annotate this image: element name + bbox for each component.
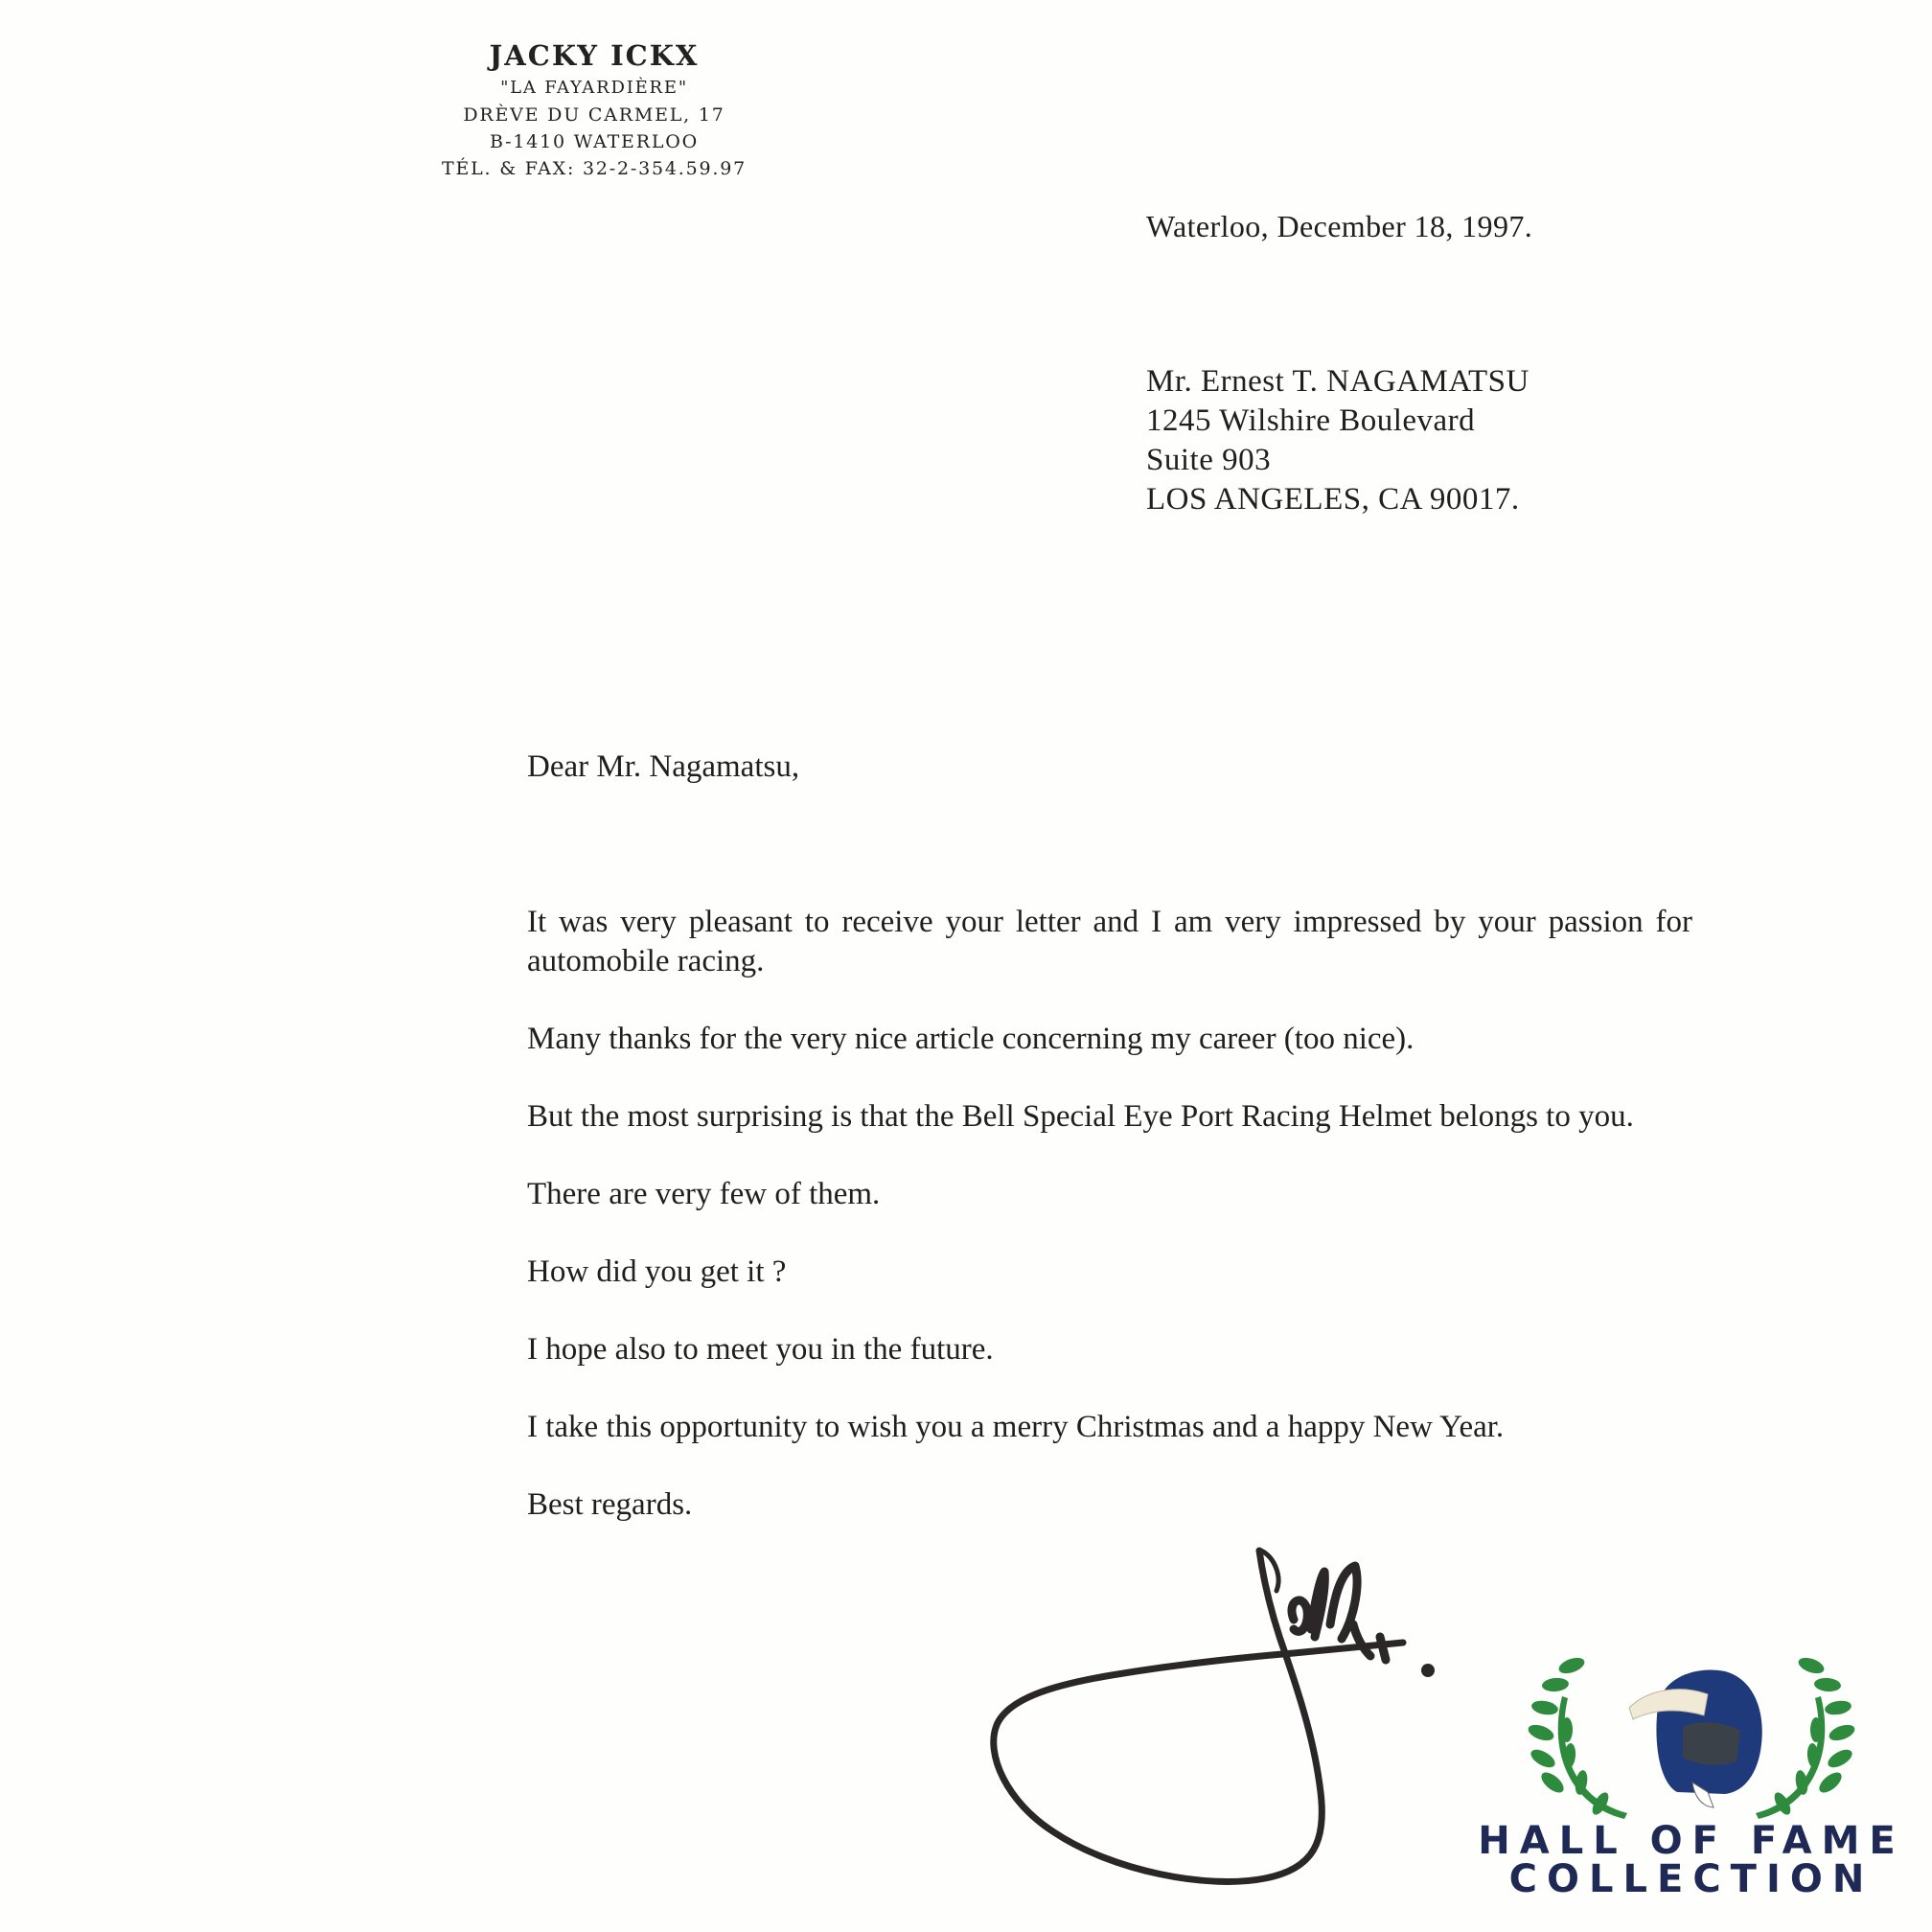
letterhead-city: B-1410 WATERLOO: [402, 128, 786, 155]
paragraph: But the most surprising is that the Bell…: [527, 1097, 1692, 1137]
recipient-name: Mr. Ernest T. NAGAMATSU: [1146, 362, 1529, 402]
letter-date: Waterloo, December 18, 1997.: [1146, 209, 1532, 244]
paragraph: I take this opportunity to wish you a me…: [527, 1408, 1692, 1447]
hall-of-fame-logo: HALL OF FAME COLLECTION: [1457, 1639, 1926, 1926]
letterhead-name: JACKY ICKX: [402, 36, 786, 75]
paragraph: I hope also to meet you in the future.: [527, 1330, 1692, 1369]
paragraph: It was very pleasant to receive your let…: [527, 903, 1692, 981]
letter-body: It was very pleasant to receive your let…: [527, 903, 1692, 1563]
laurel-wreath-helmet-icon: [1457, 1639, 1926, 1821]
letter-page: JACKY ICKX "LA FAYARDIÈRE" DRÈVE DU CARM…: [0, 0, 1932, 1932]
paragraph: Many thanks for the very nice article co…: [527, 1020, 1692, 1059]
salutation: Dear Mr. Nagamatsu,: [527, 749, 799, 785]
recipient-street: 1245 Wilshire Boulevard: [1146, 402, 1529, 441]
letterhead-street: DRÈVE DU CARMEL, 17: [402, 102, 786, 128]
paragraph: There are very few of them.: [527, 1175, 1692, 1214]
signature-icon: [977, 1533, 1457, 1897]
recipient-suite: Suite 903: [1146, 441, 1529, 480]
paragraph: How did you get it ?: [527, 1253, 1692, 1292]
letterhead-phone: TÉL. & FAX: 32-2-354.59.97: [402, 155, 786, 182]
recipient-address: Mr. Ernest T. NAGAMATSU 1245 Wilshire Bo…: [1146, 362, 1529, 519]
letterhead: JACKY ICKX "LA FAYARDIÈRE" DRÈVE DU CARM…: [402, 36, 786, 182]
logo-subtitle: COLLECTION: [1457, 1857, 1926, 1901]
recipient-city: LOS ANGELES, CA 90017.: [1146, 480, 1529, 519]
letterhead-residence: "LA FAYARDIÈRE": [402, 75, 786, 102]
closing: Best regards.: [527, 1485, 1692, 1525]
